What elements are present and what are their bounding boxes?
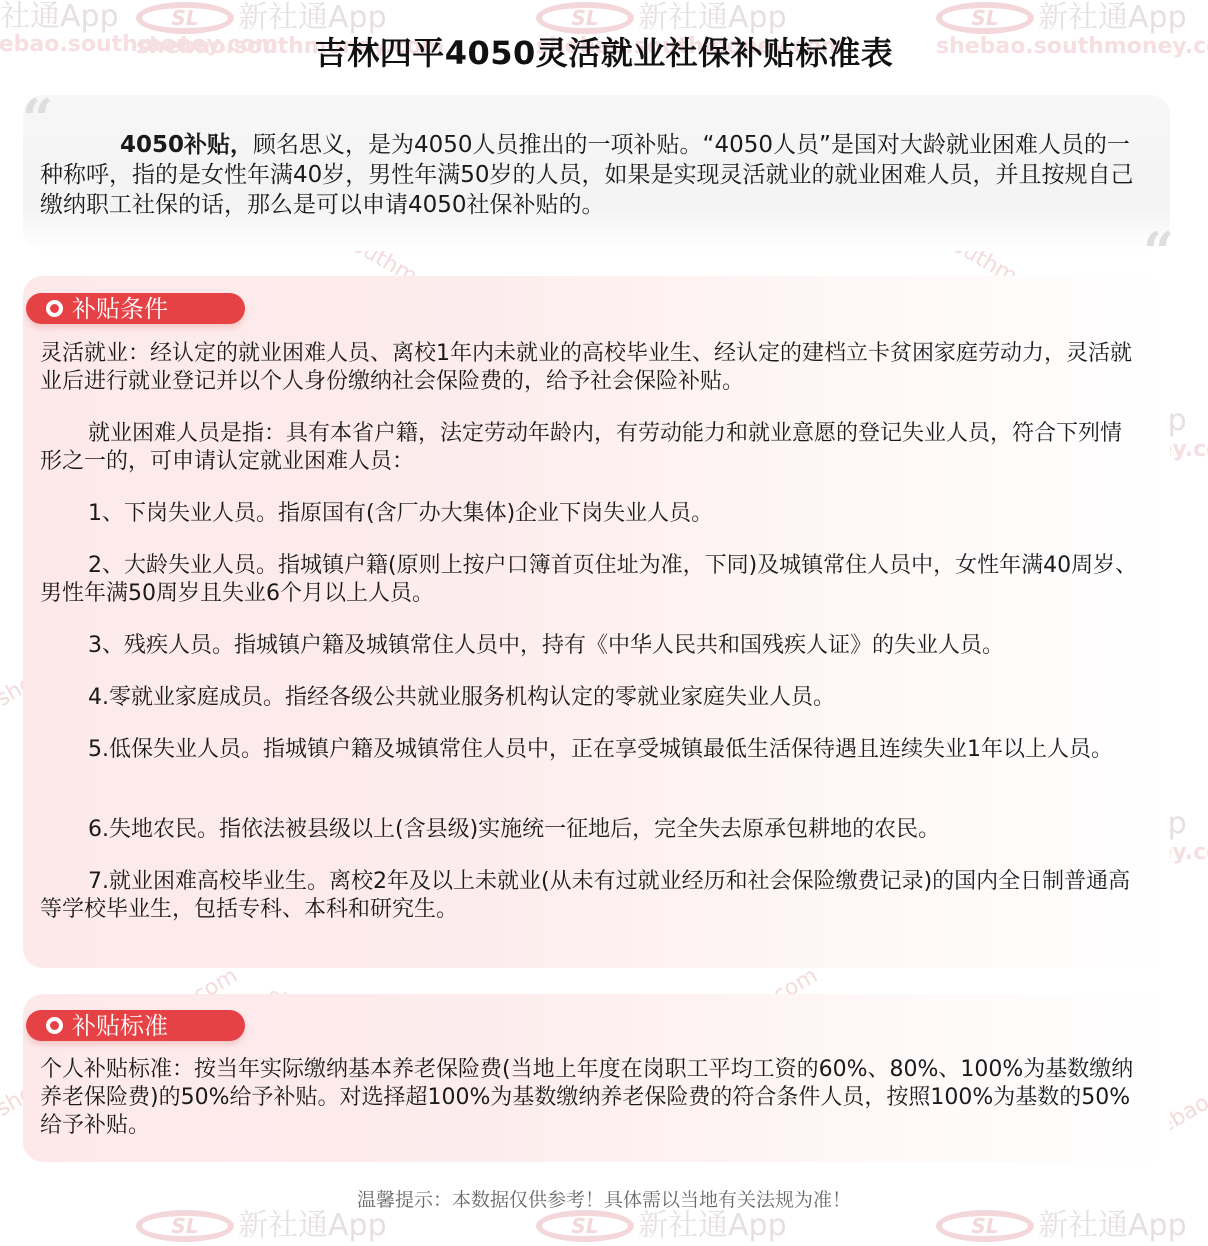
circle-icon: [46, 1017, 63, 1034]
footer-disclaimer: 温馨提示：本数据仅供参考！具体需以当地有关法规为准！: [0, 1185, 1208, 1212]
list-item-3: 3、残疾人员。指城镇户籍及城镇常住人员中，持有《中华人民共和国残疾人证》的失业人…: [40, 632, 1140, 660]
section-heading-label: 补贴条件: [72, 297, 168, 321]
paragraph-subsidy-standard: 个人补贴标准：按当年实际缴纳基本养老保险费(当地上年度在岗职工平均工资的60%、…: [40, 1056, 1140, 1140]
intro-bold-lead: 4050补贴，: [120, 132, 253, 158]
watermark: SL新社通App: [536, 1210, 787, 1242]
list-item-4: 4.零就业家庭成员。指经各级公共就业服务机构认定的零就业家庭失业人员。: [40, 684, 1140, 712]
brand-logo-icon: SL: [136, 1210, 234, 1242]
close-quote-icon: “: [1143, 225, 1174, 279]
brand-logo-icon: SL: [536, 1210, 634, 1242]
list-item-2: 2、大龄失业人员。指城镇户籍(原则上按户口簿首页住址为准，下同)及城镇常住人员中…: [40, 552, 1140, 608]
intro-paragraph: 4050补贴，顾名思义，是为4050人员推出的一项补贴。“4050人员”是国对大…: [40, 130, 1150, 220]
brand-logo-icon: SL: [936, 1210, 1034, 1242]
paragraph-definition: 就业困难人员是指：具有本省户籍，法定劳动年龄内，有劳动能力和就业意愿的登记失业人…: [40, 420, 1140, 476]
section-heading-standard: 补贴标准: [26, 1010, 245, 1041]
section-heading-conditions: 补贴条件: [26, 293, 245, 324]
list-item-1: 1、下岗失业人员。指原国有(含厂办大集体)企业下岗失业人员。: [40, 500, 1140, 528]
watermark: SL新社通App: [136, 1210, 387, 1242]
list-item-6: 6.失地农民。指依法被县级以上(含县级)实施统一征地后，完全失去原承包耕地的农民…: [40, 816, 1140, 844]
paragraph-flexible-employment: 灵活就业：经认定的就业困难人员、离校1年内未就业的高校毕业生、经认定的建档立卡贫…: [40, 340, 1140, 396]
page-title: 吉林四平4050灵活就业社保补贴标准表: [0, 28, 1208, 74]
section-heading-label: 补贴标准: [72, 1014, 168, 1038]
watermark: SL新社通App: [936, 1210, 1187, 1242]
circle-icon: [46, 300, 63, 317]
list-item-7: 7.就业困难高校毕业生。离校2年及以上未就业(从未有过就业经历和社会保险缴费记录…: [40, 868, 1140, 924]
list-item-5: 5.低保失业人员。指城镇户籍及城镇常住人员中，正在享受城镇最低生活保待遇且连续失…: [40, 736, 1140, 764]
